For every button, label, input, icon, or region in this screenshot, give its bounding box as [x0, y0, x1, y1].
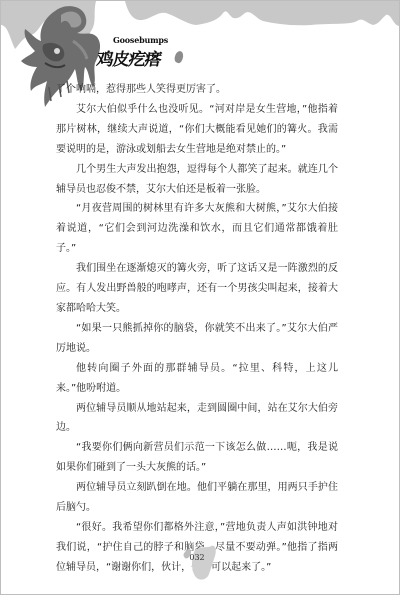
paragraph: 我们围坐在逐渐熄灭的篝火旁，听了这话又是一阵激烈的反应。有人发出野兽般的咆哮声，… — [56, 259, 338, 319]
page-body-text: 了个响嗝，惹得那些人笑得更厉害了。 艾尔大伯似乎什么也没听见。“河对岸是女生营地… — [56, 80, 338, 578]
paragraph: 几个男生大声发出抱怨，逗得每个人都笑了起来。就连几个辅导员也忍俊不禁，艾尔大伯还… — [56, 160, 338, 200]
series-logo: Goosebumps 鸡皮疙瘩 — [97, 35, 187, 69]
logo-ink-blob-icon — [173, 50, 185, 64]
page-number-blob — [181, 542, 221, 582]
paragraph: “如果一只熊抓掉你的脑袋，你就笑不出来了。”艾尔大伯严厉地说。 — [56, 319, 338, 359]
paragraph: 了个响嗝，惹得那些人笑得更厉害了。 — [56, 80, 338, 100]
paragraph: “我要你们俩向新营员们示范一下该怎么做……呃，我是说如果你们碰到了一头大灰熊的话… — [56, 438, 338, 478]
paragraph: 他转向圈子外面的那群辅导员。“拉里、科特，上这儿来。”他吩咐道。 — [56, 359, 338, 399]
paragraph: 两位辅导员立刻趴倒在地。他们平躺在那里，用两只手护住后脑勺。 — [56, 478, 338, 518]
series-logo-english: Goosebumps — [113, 35, 168, 45]
page-number: 032 — [185, 553, 209, 562]
paragraph: 两位辅导员顺从地站起来，走到圆圈中间，站在艾尔大伯旁边。 — [56, 399, 338, 439]
paragraph: “月夜营周围的树林里有许多大灰熊和大树熊，”艾尔大伯接着说道，“它们会到河边洗澡… — [56, 199, 338, 259]
book-page: Goosebumps 鸡皮疙瘩 了个响嗝，惹得那些人笑得更厉害了。 艾尔大伯似乎… — [0, 0, 400, 595]
paragraph: 艾尔大伯似乎什么也没听见。“河对岸是女生营地，”他指着那片树林，继续大声说道，“… — [56, 100, 338, 160]
series-logo-chinese: 鸡皮疙瘩 — [95, 45, 163, 70]
